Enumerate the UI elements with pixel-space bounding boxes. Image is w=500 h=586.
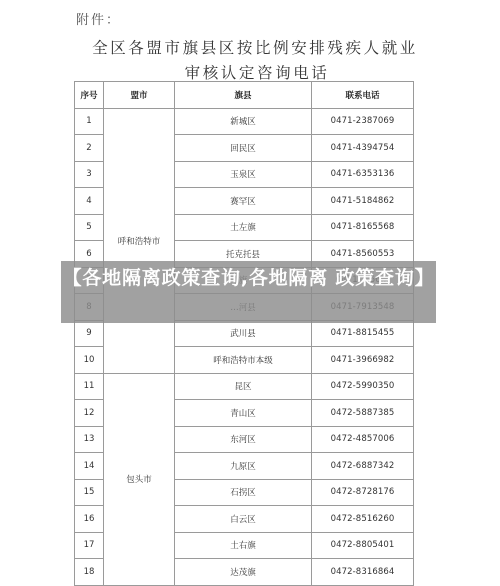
phone-cell: 0472-8316864	[312, 559, 414, 586]
document-title-line2: 审核认定咨询电话	[12, 61, 500, 83]
table-header-row: 序号 盟市 旗县 联系电话	[75, 82, 414, 109]
county-cell: 武川县	[175, 320, 312, 347]
table-row: 11包头市昆区0472-5990350	[75, 373, 414, 400]
row-number: 11	[75, 373, 104, 400]
header-phone: 联系电话	[312, 82, 414, 109]
row-number: 13	[75, 426, 104, 453]
phone-cell: 0471-4394754	[312, 135, 414, 162]
header-seq: 序号	[75, 82, 104, 109]
county-cell: 达茂旗	[175, 559, 312, 586]
county-cell: 回民区	[175, 135, 312, 162]
row-number: 9	[75, 320, 104, 347]
row-number: 18	[75, 559, 104, 586]
overlay-title: 【各地隔离政策查询,各地隔离 政策查询】	[61, 264, 436, 292]
county-cell: 昆区	[175, 373, 312, 400]
county-cell: 新城区	[175, 108, 312, 135]
county-cell: 东河区	[175, 426, 312, 453]
contact-table: 序号 盟市 旗县 联系电话 1呼和浩特市新城区0471-23870692回民区0…	[74, 81, 414, 586]
phone-cell: 0472-8805401	[312, 532, 414, 559]
title-overlay-banner: 【各地隔离政策查询,各地隔离 政策查询】	[61, 261, 436, 323]
phone-cell: 0472-8516260	[312, 506, 414, 533]
row-number: 17	[75, 532, 104, 559]
document-title-line1: 全区各盟市旗县区按比例安排残疾人就业	[10, 36, 500, 58]
county-cell: 土左旗	[175, 214, 312, 241]
row-number: 5	[75, 214, 104, 241]
header-city: 盟市	[104, 82, 175, 109]
row-number: 14	[75, 453, 104, 480]
table-row: 1呼和浩特市新城区0471-2387069	[75, 108, 414, 135]
phone-cell: 0472-5990350	[312, 373, 414, 400]
phone-cell: 0472-5887385	[312, 400, 414, 427]
county-cell: 玉泉区	[175, 161, 312, 188]
phone-cell: 0471-5184862	[312, 188, 414, 215]
phone-cell: 0472-6887342	[312, 453, 414, 480]
header-county: 旗县	[175, 82, 312, 109]
phone-cell: 0472-8728176	[312, 479, 414, 506]
county-cell: 呼和浩特市本级	[175, 347, 312, 374]
phone-cell: 0471-6353136	[312, 161, 414, 188]
phone-cell: 0471-3966982	[312, 347, 414, 374]
row-number: 10	[75, 347, 104, 374]
county-cell: 白云区	[175, 506, 312, 533]
city-cell: 包头市	[104, 373, 175, 585]
attachment-label: 附件：	[76, 9, 121, 28]
county-cell: 青山区	[175, 400, 312, 427]
phone-cell: 0471-8165568	[312, 214, 414, 241]
city-cell: 呼和浩特市	[104, 108, 175, 373]
county-cell: 赛罕区	[175, 188, 312, 215]
phone-cell: 0471-8815455	[312, 320, 414, 347]
row-number: 4	[75, 188, 104, 215]
row-number: 12	[75, 400, 104, 427]
county-cell: 石拐区	[175, 479, 312, 506]
county-cell: 土右旗	[175, 532, 312, 559]
phone-cell: 0472-4857006	[312, 426, 414, 453]
row-number: 1	[75, 108, 104, 135]
phone-cell: 0471-2387069	[312, 108, 414, 135]
row-number: 2	[75, 135, 104, 162]
county-cell: 九原区	[175, 453, 312, 480]
row-number: 15	[75, 479, 104, 506]
row-number: 16	[75, 506, 104, 533]
row-number: 3	[75, 161, 104, 188]
